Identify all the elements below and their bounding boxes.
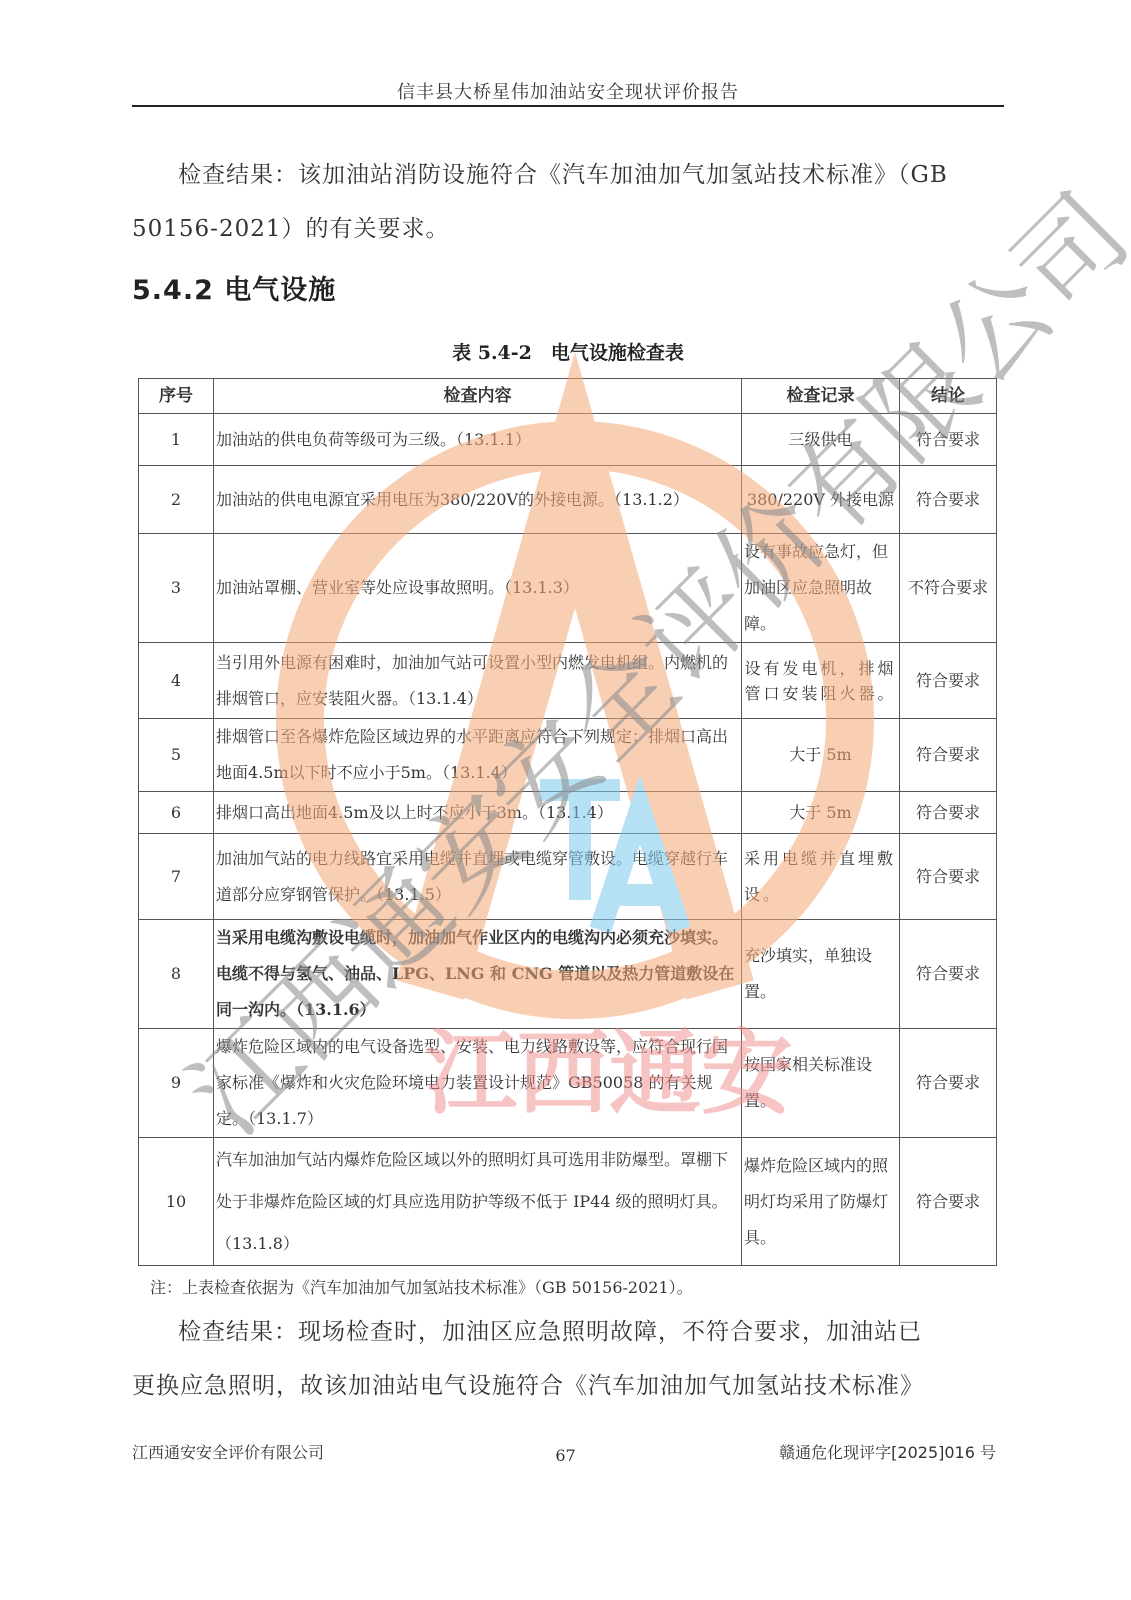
row-record: 大于 5m	[742, 792, 900, 834]
row-content: 爆炸危险区域内的电气设备选型、安装、电力线路敷设等，应符合现行国家标准《爆炸和火…	[214, 1029, 742, 1138]
table-row: 5 排烟管口至各爆炸危险区域边界的水平距离应符合下列规定：排烟口高出地面4.5m…	[139, 719, 997, 792]
table-row: 7 加油加气站的电力线路宜采用电缆并直埋或电缆穿管敷设。电缆穿越行车道部分应穿钢…	[139, 834, 997, 920]
row-content: 当采用电缆沟敷设电缆时，加油加气作业区内的电缆沟内必须充沙填实。电缆不得与氢气、…	[214, 920, 742, 1029]
table-header-row: 序号 检查内容 检查记录 结论	[139, 379, 997, 414]
row-record: 采用电缆并直埋敷设。	[742, 834, 900, 920]
col-header-no: 序号	[139, 379, 214, 414]
row-number: 1	[139, 414, 214, 466]
row-conclusion: 符合要求	[900, 719, 997, 792]
row-number: 7	[139, 834, 214, 920]
row-content: 汽车加油加气站内爆炸危险区域以外的照明灯具可选用非防爆型。罩棚下处于非爆炸危险区…	[214, 1138, 742, 1266]
table-note: 注：上表检查依据为《汽车加油加气加氢站技术标准》（GB 50156-2021）。	[150, 1275, 693, 1298]
row-conclusion: 不符合要求	[900, 534, 997, 643]
electrical-inspection-table: 序号 检查内容 检查记录 结论 1 加油站的供电负荷等级可为三级。（13.1.1…	[138, 378, 997, 1266]
table-row: 6 排烟口高出地面4.5m及以上时不应小于3m。（13.1.4） 大于 5m 符…	[139, 792, 997, 834]
row-number: 5	[139, 719, 214, 792]
row-content: 加油加气站的电力线路宜采用电缆并直埋或电缆穿管敷设。电缆穿越行车道部分应穿钢管保…	[214, 834, 742, 920]
row-record: 380/220V 外接电源	[742, 466, 900, 534]
row-content: 加油站的供电电源宜采用电压为380/220V的外接电源。（13.1.2）	[214, 466, 742, 534]
row-content: 加油站罩棚、营业室等处应设事故照明。（13.1.3）	[214, 534, 742, 643]
row-number: 8	[139, 920, 214, 1029]
table-row: 8 当采用电缆沟敷设电缆时，加油加气作业区内的电缆沟内必须充沙填实。电缆不得与氢…	[139, 920, 997, 1029]
row-number: 2	[139, 466, 214, 534]
section-heading: 5.4.2 电气设施	[132, 268, 336, 307]
table-row: 3 加油站罩棚、营业室等处应设事故照明。（13.1.3） 设有事故应急灯，但加油…	[139, 534, 997, 643]
row-number: 6	[139, 792, 214, 834]
row-record: 充沙填实，单独设置。	[742, 920, 900, 1029]
header-divider	[132, 105, 1004, 107]
row-content: 加油站的供电负荷等级可为三级。（13.1.1）	[214, 414, 742, 466]
row-record: 设有事故应急灯，但加油区应急照明故障。	[742, 534, 900, 643]
footer-doc-number: 赣通危化现评字[2025]016 号	[779, 1440, 996, 1463]
table-row: 4 当引用外电源有困难时，加油加气站可设置小型内燃发电机组。内燃机的排烟管口，应…	[139, 643, 997, 719]
row-conclusion: 符合要求	[900, 414, 997, 466]
row-conclusion: 符合要求	[900, 792, 997, 834]
row-record: 按国家相关标准设置。	[742, 1029, 900, 1138]
row-record: 爆炸危险区域内的照明灯均采用了防爆灯具。	[742, 1138, 900, 1266]
row-number: 4	[139, 643, 214, 719]
table-row: 1 加油站的供电负荷等级可为三级。（13.1.1） 三级供电 符合要求	[139, 414, 997, 466]
row-conclusion: 符合要求	[900, 834, 997, 920]
table-caption: 表 5.4-2 电气设施检查表	[132, 338, 1004, 365]
row-content: 当引用外电源有困难时，加油加气站可设置小型内燃发电机组。内燃机的排烟管口，应安装…	[214, 643, 742, 719]
row-conclusion: 符合要求	[900, 1138, 997, 1266]
row-number: 9	[139, 1029, 214, 1138]
col-header-content: 检查内容	[214, 379, 742, 414]
document-page: 信丰县大桥星伟加油站安全现状评价报告 检查结果：该加油站消防设施符合《汽车加油加…	[0, 0, 1131, 1600]
running-header-title: 信丰县大桥星伟加油站安全现状评价报告	[132, 78, 1004, 104]
row-content: 排烟管口至各爆炸危险区域边界的水平距离应符合下列规定：排烟口高出地面4.5m以下…	[214, 719, 742, 792]
fire-result-paragraph-line1: 检查结果：该加油站消防设施符合《汽车加油加气加氢站技术标准》（GB	[132, 148, 1004, 202]
row-content: 排烟口高出地面4.5m及以上时不应小于3m。（13.1.4）	[214, 792, 742, 834]
row-conclusion: 符合要求	[900, 643, 997, 719]
row-conclusion: 符合要求	[900, 920, 997, 1029]
row-conclusion: 符合要求	[900, 466, 997, 534]
fire-result-paragraph-line2: 50156-2021）的有关要求。	[132, 202, 1004, 256]
table-row: 10 汽车加油加气站内爆炸危险区域以外的照明灯具可选用非防爆型。罩棚下处于非爆炸…	[139, 1138, 997, 1266]
row-number: 3	[139, 534, 214, 643]
table-row: 9 爆炸危险区域内的电气设备选型、安装、电力线路敷设等，应符合现行国家标准《爆炸…	[139, 1029, 997, 1138]
col-header-conclusion: 结论	[900, 379, 997, 414]
row-conclusion: 符合要求	[900, 1029, 997, 1138]
table-row: 2 加油站的供电电源宜采用电压为380/220V的外接电源。（13.1.2） 3…	[139, 466, 997, 534]
electric-result-paragraph-line2: 更换应急照明，故该加油站电气设施符合《汽车加油加气加氢站技术标准》	[132, 1359, 1004, 1413]
row-record: 大于 5m	[742, 719, 900, 792]
row-record: 三级供电	[742, 414, 900, 466]
electric-result-paragraph-line1: 检查结果：现场检查时，加油区应急照明故障，不符合要求，加油站已	[132, 1305, 1004, 1359]
row-record: 设有发电机，排烟管口安装阻火器。	[742, 643, 900, 719]
row-number: 10	[139, 1138, 214, 1266]
col-header-record: 检查记录	[742, 379, 900, 414]
